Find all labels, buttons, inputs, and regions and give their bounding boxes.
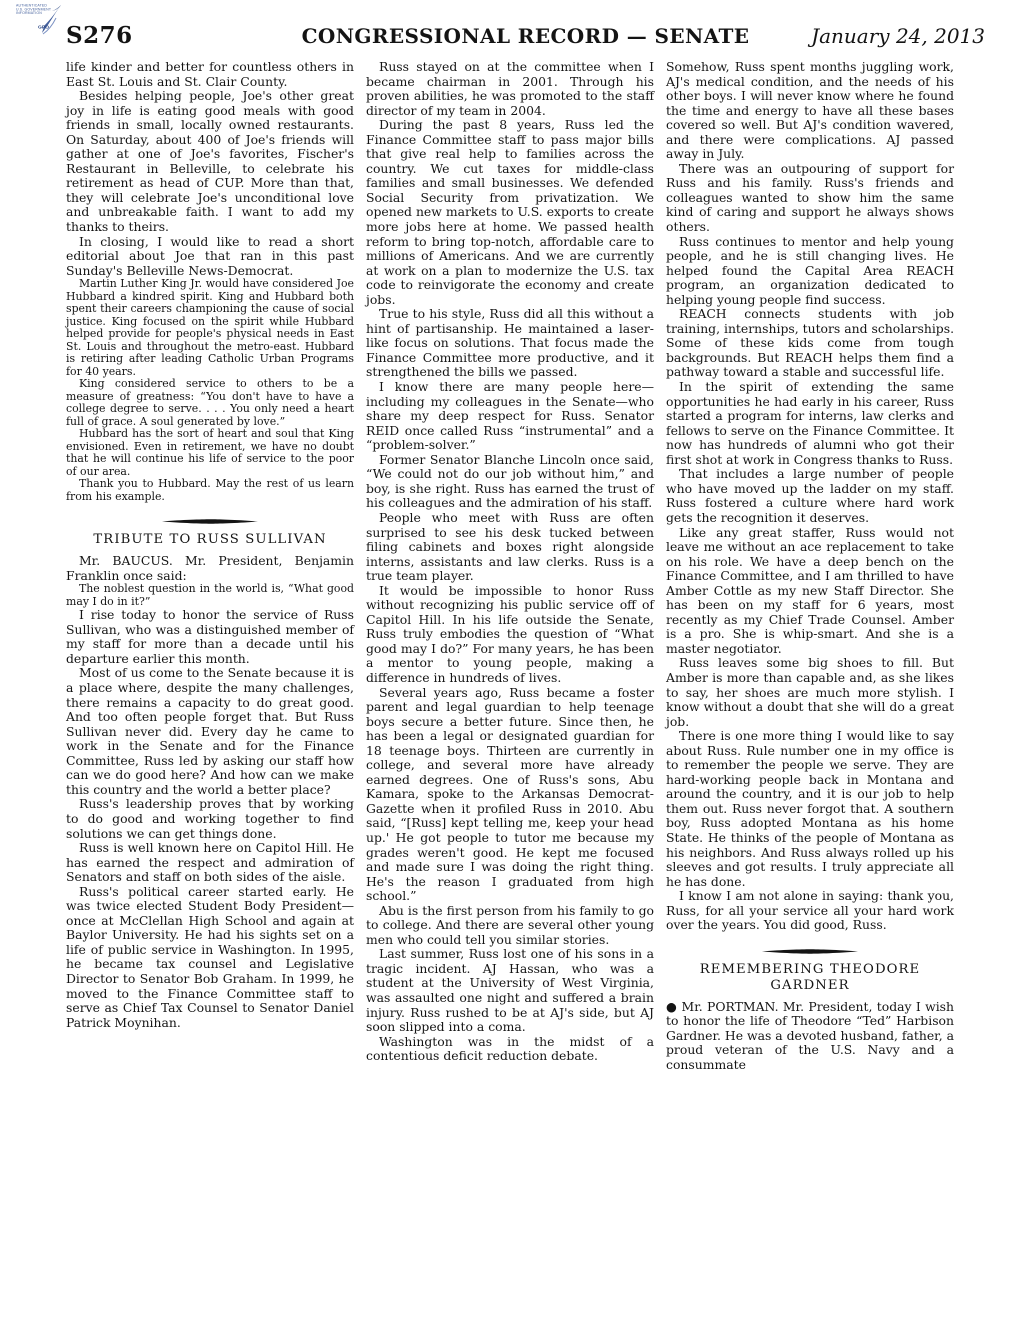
gpo-seal-text: AUTHENTICATED U.S. GOVERNMENT INFORMATIO… — [16, 4, 51, 15]
congressional-record-page: AUTHENTICATED U.S. GOVERNMENT INFORMATIO… — [0, 0, 1020, 1320]
paragraph: REACH connects students with job trainin… — [666, 307, 954, 380]
paragraph: Abu is the first person from his family … — [366, 904, 654, 948]
spindle-rule-icon — [762, 948, 858, 955]
issue-date: January 24, 2013 — [749, 24, 985, 48]
running-head: S276 CONGRESSIONAL RECORD — SENATE Janua… — [66, 22, 985, 49]
section-heading: REMEMBERING THEODORE GARDNER — [666, 962, 954, 994]
column-2: Russ stayed on at the committee when I b… — [366, 60, 654, 1073]
paragraph: I know I am not alone in saying: thank y… — [666, 889, 954, 933]
paragraph: That includes a large number of people w… — [666, 467, 954, 525]
quoted-text-paragraph: Thank you to Hubbard. May the rest of us… — [66, 478, 354, 503]
paragraph: Besides helping people, Joe's other grea… — [66, 89, 354, 234]
paragraph: Russ's political career started early. H… — [66, 885, 354, 1030]
column-3: Somehow, Russ spent months juggling work… — [666, 60, 954, 1073]
paragraph: It would be impossible to honor Russ wit… — [366, 584, 654, 686]
paragraph: Last summer, Russ lost one of his sons i… — [366, 947, 654, 1034]
page-number: S276 — [66, 22, 302, 49]
paragraph: ● Mr. PORTMAN. Mr. President, today I wi… — [666, 1000, 954, 1073]
quoted-text-paragraph: Hubbard has the sort of heart and soul t… — [66, 428, 354, 478]
paragraph: There is one more thing I would like to … — [666, 729, 954, 889]
paragraph: Russ is well known here on Capitol Hill.… — [66, 841, 354, 885]
paragraph: In the spirit of extending the same oppo… — [666, 380, 954, 467]
paragraph: I know there are many people here—includ… — [366, 380, 654, 453]
section-divider — [66, 516, 354, 525]
paragraph: People who meet with Russ are often surp… — [366, 511, 654, 584]
column-1: life kinder and better for countless oth… — [66, 60, 354, 1073]
paragraph: Mr. BAUCUS. Mr. President, Benjamin Fran… — [66, 554, 354, 583]
publication-title: CONGRESSIONAL RECORD — SENATE — [302, 24, 750, 48]
gpo-seal-line: INFORMATION — [16, 12, 51, 16]
paragraph: True to his style, Russ did all this wit… — [366, 307, 654, 380]
quoted-text-paragraph: The noblest question in the world is, “W… — [66, 583, 354, 608]
paragraph: life kinder and better for countless oth… — [66, 60, 354, 89]
section-divider — [666, 946, 954, 955]
section-heading: TRIBUTE TO RUSS SULLIVAN — [66, 532, 354, 548]
paragraph: I rise today to honor the service of Rus… — [66, 608, 354, 666]
paragraph: During the past 8 years, Russ led the Fi… — [366, 118, 654, 307]
article-columns: life kinder and better for countless oth… — [66, 60, 954, 1073]
paragraph: Russ stayed on at the committee when I b… — [366, 60, 654, 118]
spindle-rule-icon — [162, 518, 258, 525]
paragraph: Russ leaves some big shoes to fill. But … — [666, 656, 954, 729]
paragraph: Somehow, Russ spent months juggling work… — [666, 60, 954, 162]
paragraph: In closing, I would like to read a short… — [66, 235, 354, 279]
paragraph: Washington was in the midst of a content… — [366, 1035, 654, 1064]
paragraph: Most of us come to the Senate because it… — [66, 666, 354, 797]
paragraph: Russ continues to mentor and help young … — [666, 235, 954, 308]
quoted-text-paragraph: Martin Luther King Jr. would have consid… — [66, 278, 354, 378]
paragraph: Several years ago, Russ became a foster … — [366, 686, 654, 904]
quoted-text-paragraph: King considered service to others to be … — [66, 378, 354, 428]
paragraph: Russ's leadership proves that by working… — [66, 797, 354, 841]
paragraph: Former Senator Blanche Lincoln once said… — [366, 453, 654, 511]
paragraph: Like any great staffer, Russ would not l… — [666, 526, 954, 657]
gpo-seal-gpo-label: GPO — [38, 24, 49, 30]
paragraph: There was an outpouring of support for R… — [666, 162, 954, 235]
